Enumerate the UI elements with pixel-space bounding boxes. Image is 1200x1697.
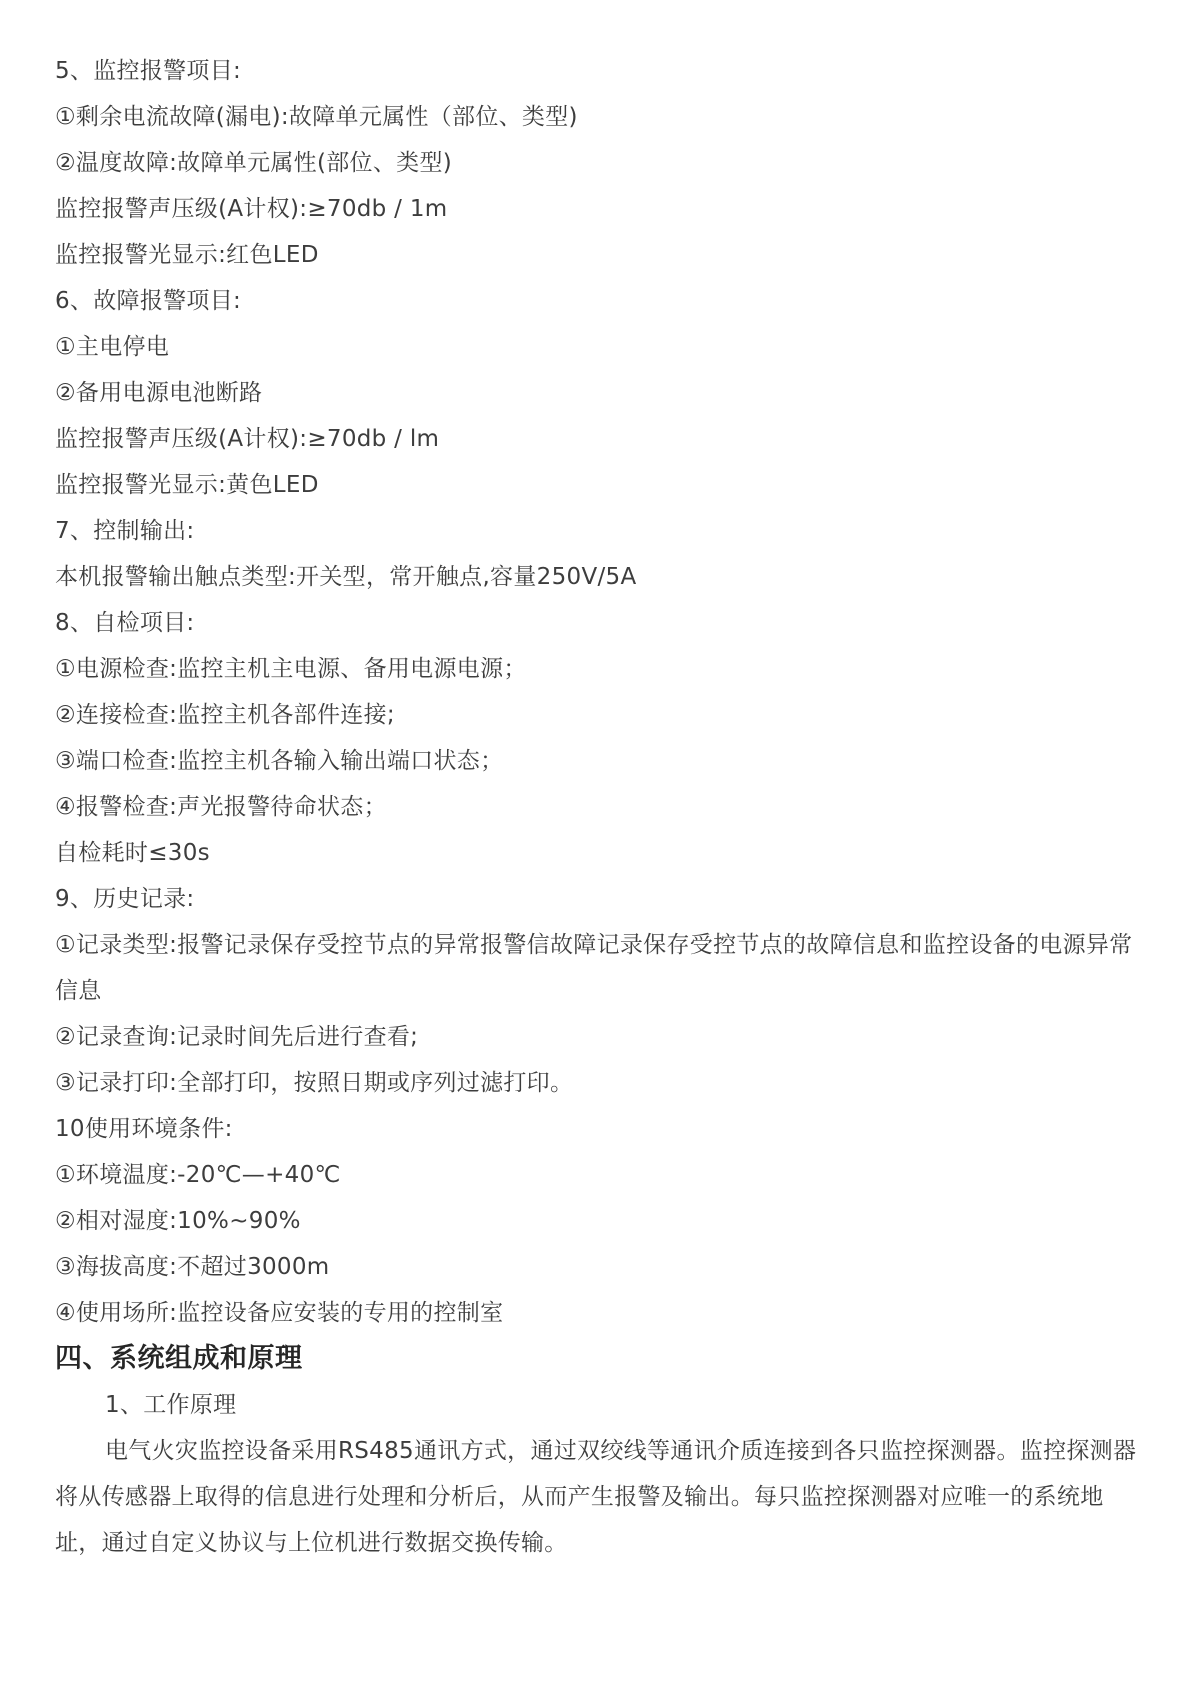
text-line: ③海拔高度:不超过3000m — [55, 1244, 1145, 1290]
text-line: ①记录类型:报警记录保存受控节点的异常报警信故障记录保存受控节点的故障信息和监控… — [55, 922, 1145, 968]
text-line: ②记录查询:记录时间先后进行查看; — [55, 1014, 1145, 1060]
text-line: ①电源检查:监控主机主电源、备用电源电源； — [55, 646, 1145, 692]
document-text-block: 5、监控报警项目:①剩余电流故障(漏电):故障单元属性（部位、类型)②温度故障:… — [55, 48, 1145, 1566]
text-line: 自检耗时≤30s — [55, 830, 1145, 876]
text-line: 信息 — [55, 968, 1145, 1014]
text-line: 监控报警声压级(A计权):≥70db / lm — [55, 416, 1145, 462]
text-line: ③记录打印:全部打印，按照日期或序列过滤打印。 — [55, 1060, 1145, 1106]
text-line: 监控报警声压级(A计权):≥70db / 1m — [55, 186, 1145, 232]
text-line: ②相对湿度:10%~90% — [55, 1198, 1145, 1244]
text-line: ②备用电源电池断路 — [55, 370, 1145, 416]
text-line: 1、工作原理 — [55, 1382, 1145, 1428]
text-line: ①剩余电流故障(漏电):故障单元属性（部位、类型) — [55, 94, 1145, 140]
text-line: 9、历史记录: — [55, 876, 1145, 922]
text-line: 本机报警输出触点类型:开关型，常开触点,容量250V/5A — [55, 554, 1145, 600]
section-heading: 四、系统组成和原理 — [55, 1336, 1145, 1382]
text-line: ②温度故障:故障单元属性(部位、类型) — [55, 140, 1145, 186]
text-line: 10使用环境条件: — [55, 1106, 1145, 1152]
text-line: 5、监控报警项目: — [55, 48, 1145, 94]
text-line: 将从传感器上取得的信息进行处理和分析后，从而产生报警及输出。每只监控探测器对应唯… — [55, 1474, 1145, 1520]
text-line: 8、自检项目: — [55, 600, 1145, 646]
text-line: ①环境温度:-20℃—+40℃ — [55, 1152, 1145, 1198]
text-line: 监控报警光显示:黄色LED — [55, 462, 1145, 508]
text-line: 7、控制输出: — [55, 508, 1145, 554]
text-line: ②连接检查:监控主机各部件连接; — [55, 692, 1145, 738]
text-line: ④使用场所:监控设备应安装的专用的控制室 — [55, 1290, 1145, 1336]
text-line: ④报警检查:声光报警待命状态； — [55, 784, 1145, 830]
text-line: 6、故障报警项目: — [55, 278, 1145, 324]
text-line: ③端口检查:监控主机各输入输出端口状态； — [55, 738, 1145, 784]
text-line: ①主电停电 — [55, 324, 1145, 370]
document-page: 5、监控报警项目:①剩余电流故障(漏电):故障单元属性（部位、类型)②温度故障:… — [0, 0, 1200, 1697]
text-line: 监控报警光显示:红色LED — [55, 232, 1145, 278]
text-line: 电气火灾监控设备采用RS485通讯方式，通过双绞线等通讯介质连接到各只监控探测器… — [55, 1428, 1145, 1474]
text-line: 址，通过自定义协议与上位机进行数据交换传输。 — [55, 1520, 1145, 1566]
